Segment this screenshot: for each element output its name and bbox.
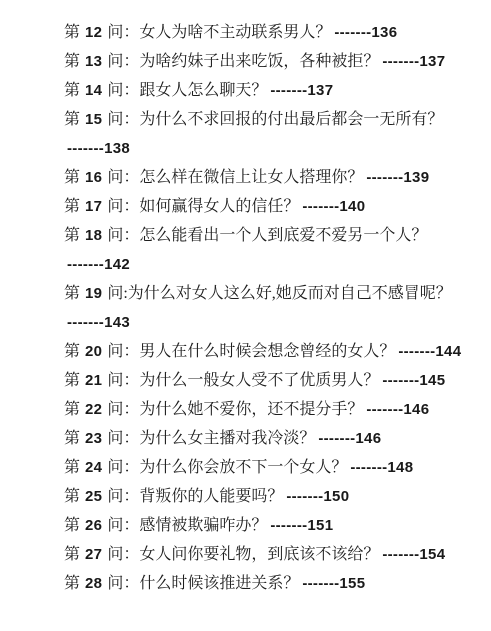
entry-suffix: 问： bbox=[107, 488, 139, 505]
toc-line: 第15问：为什么不求回报的付出最后都会一无所有？ bbox=[64, 105, 465, 134]
question-text: 为什么一般女人受不了优质男人？ bbox=[139, 372, 379, 389]
entry-number: 24 bbox=[85, 459, 102, 476]
question-text: 怎么能看出一个人到底爱不爱另一个人？ bbox=[139, 227, 427, 244]
page-ref: -------138 bbox=[67, 140, 130, 157]
page-ref: -------139 bbox=[366, 169, 429, 186]
entry-number: 15 bbox=[85, 111, 102, 128]
toc-line: 第27问：女人问你要礼物，到底该不该给？-------154 bbox=[64, 540, 465, 569]
entry-number: 23 bbox=[85, 430, 102, 447]
page-ref: -------151 bbox=[270, 517, 333, 534]
entry-suffix: 问： bbox=[107, 517, 139, 534]
page-ref: -------140 bbox=[302, 198, 365, 215]
page-ref: -------148 bbox=[350, 459, 413, 476]
question-text: 为什么你会放不下一个女人？ bbox=[139, 459, 347, 476]
page-ref: -------155 bbox=[302, 575, 365, 592]
question-text: 女人问你要礼物，到底该不该给？ bbox=[139, 546, 379, 563]
entry-prefix: 第 bbox=[64, 285, 80, 302]
entry-number: 13 bbox=[85, 53, 102, 70]
entry-prefix: 第 bbox=[64, 517, 80, 534]
question-text: 什么时候该推进关系？ bbox=[139, 575, 299, 592]
entry-suffix: 问： bbox=[107, 575, 139, 592]
document-page: 第12问：女人为啥不主动联系男人？-------136 第13问：为啥约妹子出来… bbox=[0, 0, 491, 631]
question-text: 男人在什么时候会想念曾经的女人？ bbox=[139, 343, 395, 360]
page-ref: -------137 bbox=[270, 82, 333, 99]
entry-prefix: 第 bbox=[64, 111, 80, 128]
page-ref: -------146 bbox=[318, 430, 381, 447]
toc-line: 第20问：男人在什么时候会想念曾经的女人？-------144 bbox=[64, 337, 465, 366]
toc-line: 第18问：怎么能看出一个人到底爱不爱另一个人？ bbox=[64, 221, 465, 250]
page-ref: -------142 bbox=[67, 256, 130, 273]
toc-line: 第22问：为什么她不爱你，还不提分手？-------146 bbox=[64, 395, 465, 424]
toc-line: 第26问：感情被欺骗咋办？-------151 bbox=[64, 511, 465, 540]
entry-suffix: 问： bbox=[107, 401, 139, 418]
entry-suffix: 问: bbox=[107, 285, 127, 302]
entry-suffix: 问： bbox=[107, 53, 139, 70]
entry-prefix: 第 bbox=[64, 227, 80, 244]
entry-prefix: 第 bbox=[64, 488, 80, 505]
question-text: 为什么她不爱你，还不提分手？ bbox=[139, 401, 363, 418]
entry-prefix: 第 bbox=[64, 82, 80, 99]
question-text: 女人为啥不主动联系男人？ bbox=[139, 24, 331, 41]
entry-suffix: 问： bbox=[107, 430, 139, 447]
entry-suffix: 问： bbox=[107, 169, 139, 186]
toc-line: 第19问:为什么对女人这么好,她反而对自己不感冒呢？ bbox=[64, 279, 465, 308]
page-ref: -------137 bbox=[382, 53, 445, 70]
page-ref: -------144 bbox=[398, 343, 461, 360]
entry-suffix: 问： bbox=[107, 24, 139, 41]
entry-prefix: 第 bbox=[64, 372, 80, 389]
question-text: 感情被欺骗咋办？ bbox=[139, 517, 267, 534]
entry-number: 17 bbox=[85, 198, 102, 215]
entry-number: 27 bbox=[85, 546, 102, 563]
entry-number: 28 bbox=[85, 575, 102, 592]
entry-number: 26 bbox=[85, 517, 102, 534]
toc-line-continuation: -------138 bbox=[64, 134, 465, 163]
entry-number: 12 bbox=[85, 24, 102, 41]
entry-prefix: 第 bbox=[64, 343, 80, 360]
toc-line: 第23问：为什么女主播对我冷淡？-------146 bbox=[64, 424, 465, 453]
toc-line: 第17问：如何赢得女人的信任？-------140 bbox=[64, 192, 465, 221]
entry-suffix: 问： bbox=[107, 198, 139, 215]
entry-suffix: 问： bbox=[107, 111, 139, 128]
toc-line: 第24问：为什么你会放不下一个女人？-------148 bbox=[64, 453, 465, 482]
entry-number: 25 bbox=[85, 488, 102, 505]
entry-number: 16 bbox=[85, 169, 102, 186]
entry-number: 22 bbox=[85, 401, 102, 418]
question-text: 如何赢得女人的信任？ bbox=[139, 198, 299, 215]
entry-prefix: 第 bbox=[64, 53, 80, 70]
entry-number: 21 bbox=[85, 372, 102, 389]
toc-line: 第13问：为啥约妹子出来吃饭，各种被拒？-------137 bbox=[64, 47, 465, 76]
entry-prefix: 第 bbox=[64, 169, 80, 186]
entry-suffix: 问： bbox=[107, 82, 139, 99]
toc-line: 第21问：为什么一般女人受不了优质男人？-------145 bbox=[64, 366, 465, 395]
entry-number: 19 bbox=[85, 285, 102, 302]
page-ref: -------150 bbox=[286, 488, 349, 505]
toc-line: 第25问：背叛你的人能要吗？-------150 bbox=[64, 482, 465, 511]
entry-prefix: 第 bbox=[64, 430, 80, 447]
question-text: 为啥约妹子出来吃饭，各种被拒？ bbox=[139, 53, 379, 70]
entry-number: 14 bbox=[85, 82, 102, 99]
entry-prefix: 第 bbox=[64, 459, 80, 476]
page-ref: -------145 bbox=[382, 372, 445, 389]
question-text: 背叛你的人能要吗？ bbox=[139, 488, 283, 505]
page-ref: -------143 bbox=[67, 314, 130, 331]
toc-line: 第12问：女人为啥不主动联系男人？-------136 bbox=[64, 18, 465, 47]
page-ref: -------136 bbox=[334, 24, 397, 41]
question-text: 为什么女主播对我冷淡？ bbox=[139, 430, 315, 447]
question-text: 为什么对女人这么好,她反而对自己不感冒呢？ bbox=[128, 285, 452, 302]
entry-suffix: 问： bbox=[107, 372, 139, 389]
toc-line: 第14问：跟女人怎么聊天？-------137 bbox=[64, 76, 465, 105]
entry-suffix: 问： bbox=[107, 459, 139, 476]
toc-line: 第16问：怎么样在微信上让女人搭理你？-------139 bbox=[64, 163, 465, 192]
entry-suffix: 问： bbox=[107, 227, 139, 244]
question-text: 怎么样在微信上让女人搭理你？ bbox=[139, 169, 363, 186]
page-ref: -------154 bbox=[382, 546, 445, 563]
entry-number: 18 bbox=[85, 227, 102, 244]
entry-prefix: 第 bbox=[64, 198, 80, 215]
toc-line-continuation: -------143 bbox=[64, 308, 465, 337]
entry-suffix: 问： bbox=[107, 546, 139, 563]
entry-prefix: 第 bbox=[64, 24, 80, 41]
entry-prefix: 第 bbox=[64, 401, 80, 418]
toc-line-continuation: -------142 bbox=[64, 250, 465, 279]
question-text: 为什么不求回报的付出最后都会一无所有？ bbox=[139, 111, 443, 128]
entry-number: 20 bbox=[85, 343, 102, 360]
question-text: 跟女人怎么聊天？ bbox=[139, 82, 267, 99]
toc-line: 第28问：什么时候该推进关系？-------155 bbox=[64, 569, 465, 598]
entry-suffix: 问： bbox=[107, 343, 139, 360]
page-ref: -------146 bbox=[366, 401, 429, 418]
entry-prefix: 第 bbox=[64, 575, 80, 592]
entry-prefix: 第 bbox=[64, 546, 80, 563]
